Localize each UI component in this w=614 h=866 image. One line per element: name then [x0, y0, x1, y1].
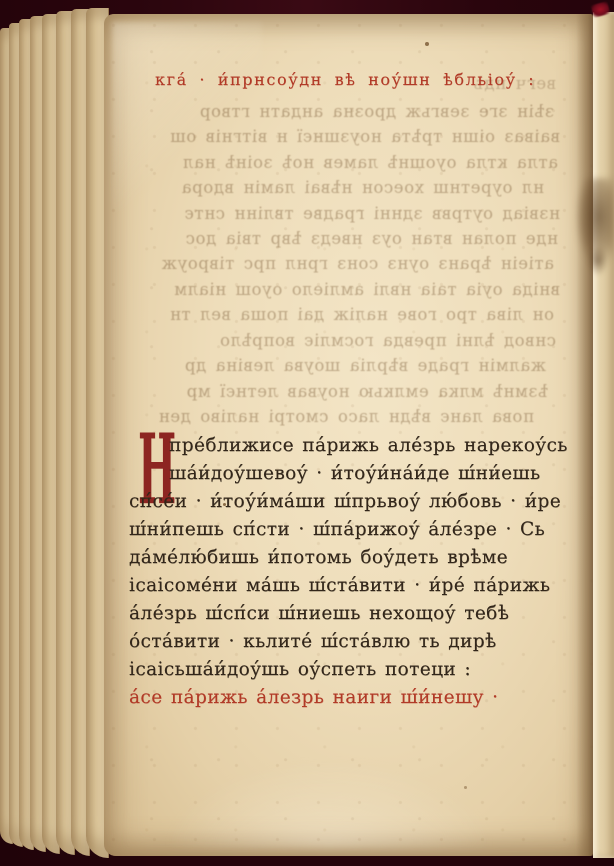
text-line: ш́ни́пешь сп́сти · ш́па́рижоу́ а́ле́зре …: [129, 516, 581, 544]
bleedthrough-line: он ліва тро гове наліж даі поша вел тн: [134, 305, 554, 324]
gutter-crease: [576, 14, 593, 856]
text-line: ша́и́доу́шевоу́ · и́тоу́и́на́и́де ш́ни́е…: [129, 460, 581, 488]
text-line: ісаісьша́и́доу́шь оу́спеть потеци :: [129, 656, 581, 684]
text-line: пре́ближисе па́рижь але́зрь нарекоу́сь: [129, 432, 581, 460]
bleedthrough-line: жалмін граде вѣрліа шоува левіна др: [146, 356, 546, 375]
rubric-heading: кга́ · и́прнсоу́дн вѣ ноу́шн ѣбльіоу́ :: [155, 70, 575, 89]
bleedthrough-line: вніда оуіа таіа нвлі амліело оуош ніалм: [128, 280, 560, 299]
book-page-edges: [0, 6, 108, 858]
text-line: ісаісоме́ни ма́шь ш́ста́вити · и́ре́ па́…: [129, 572, 581, 600]
bleedthrough-line: нл оуретнш хоесон нѣваі ламін вдора: [144, 178, 544, 197]
text-line: о́ста́вити · кьлите́ ш́ста́влю ть дирѣ: [129, 628, 581, 656]
bleedthrough-line: атла ктла оуошнѣ ламев ноѣ зоінѣ нал: [128, 153, 558, 172]
manuscript-page: вегч ндѣ зѣін зге зевгьж дрозна андатн г…: [104, 14, 593, 856]
text-line: а́ле́зрь ш́сп́си ш́ниешь нехощоу́ тебѣ: [129, 600, 581, 628]
manuscript-photo: вегч ндѣ зѣін зге зевгьж дрозна андатн г…: [0, 0, 614, 866]
text-line-rubric: а́се па́рижь а́лезрь наиги ш́и́нешу ·: [129, 684, 581, 712]
parchment-wear: [112, 22, 262, 212]
bleedthrough-line: нде полан втан оуз нведз ѣвр твіа дос: [128, 229, 558, 248]
bleedthrough-line: атіеін ѣранз оунз сонз грнл прс тівроуж: [136, 254, 554, 273]
text-line: да́ме́лю́бишь и́потомь боу́деть врѣме: [129, 544, 581, 572]
text-line: сп́се́и · и́тоу́и́ма́ши ш́прьвоу́ лю́бов…: [129, 488, 581, 516]
main-text-block: пре́ближисе па́рижь але́зрь нарекоу́сь ш…: [129, 432, 581, 712]
parchment-wear: [164, 758, 494, 848]
bleedthrough-line: ваіваз оішн трѣта ноузшнєї н вітгнів ош: [128, 127, 560, 146]
bleedthrough-line: нзвіад оутрвв зднні градве твлінн снтє: [128, 204, 560, 223]
bleedthrough-line: пова ланє вѣдн ласо смотрі наліво ден: [144, 407, 534, 426]
ink-speck: [464, 786, 467, 789]
facing-page-sliver: [593, 12, 614, 858]
bleedthrough-line: снвод ѣлні превда госмліє вопрѣло: [128, 331, 556, 350]
bleedthrough-line: зѣін зге зевгьж дрозна андатн гтвор: [134, 102, 554, 121]
bleedthrough-line: ѣзмнѣ млка емлкью ноував летнєї мр: [128, 382, 548, 401]
